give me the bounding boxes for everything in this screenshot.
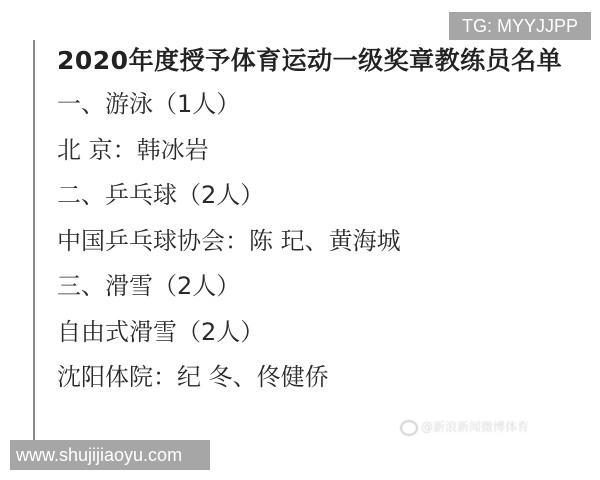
left-border-rule (33, 40, 35, 440)
list-item: 中国乒乓球协会：陈 玘、黄海城 (57, 219, 587, 265)
tg-watermark: TG: MYYJJPP (449, 12, 591, 40)
weibo-watermark: @新浪新闻微博体育 (400, 418, 529, 436)
document-body: 2020年度授予体育运动一级奖章教练员名单 一、游泳（1人） 北 京：韩冰岩 二… (57, 40, 587, 401)
section-heading-swimming: 一、游泳（1人） (57, 82, 587, 128)
list-item: 沈阳体院：纪 冬、佟健侨 (57, 355, 587, 401)
section-heading-table-tennis: 二、乒乓球（2人） (57, 173, 587, 219)
list-item: 北 京：韩冰岩 (57, 128, 587, 174)
weibo-logo-icon (400, 420, 418, 436)
document-title: 2020年度授予体育运动一级奖章教练员名单 (57, 40, 587, 82)
subsection-heading-freestyle: 自由式滑雪（2人） (57, 310, 587, 356)
site-watermark: www.shujijiaoyu.com (10, 440, 210, 470)
section-heading-skiing: 三、滑雪（2人） (57, 264, 587, 310)
